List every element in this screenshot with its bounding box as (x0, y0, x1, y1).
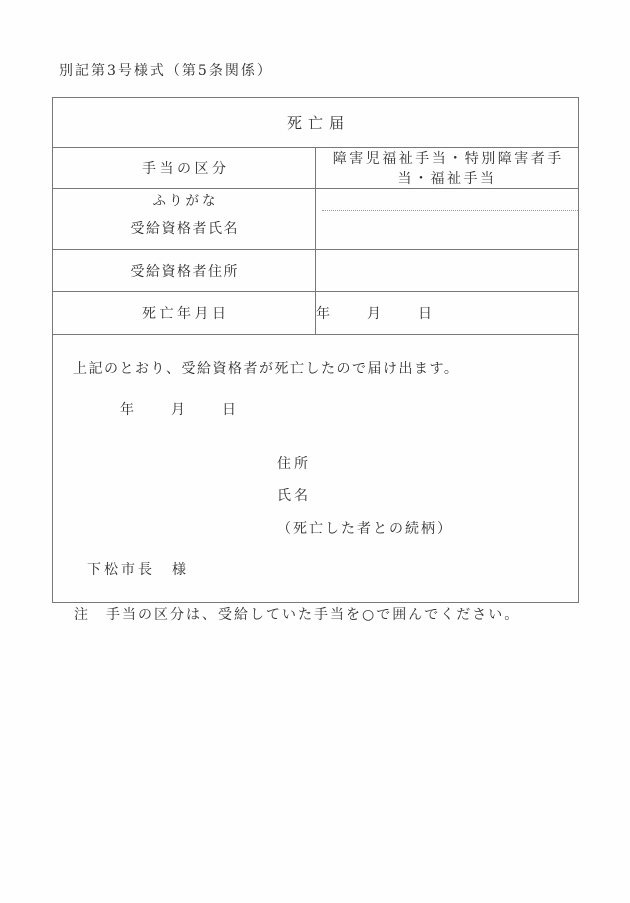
declaration-cell: 上記のとおり、受給資格者が死亡したので届け出ます。 年 月 日 住所 氏名 （死… (53, 335, 579, 603)
form-title-row: 死亡届 (53, 98, 579, 148)
allowance-options: 障害児福祉手当・特別障害者手当・福祉手当 (316, 148, 579, 189)
recipient-name-label-cell: ふりがな 受給資格者氏名 (53, 189, 316, 250)
furigana-blank-field (322, 189, 578, 211)
recipient-name-row: ふりがな 受給資格者氏名 (53, 189, 579, 250)
recipient-name-field-cell (316, 189, 579, 250)
form-style-number: 別記第3号様式（第5条関係） (59, 60, 273, 80)
addressee-mayor-label: 下松市長 様 (87, 561, 189, 579)
recipient-address-blank-field (316, 250, 579, 292)
death-date-row: 死亡年月日 年 月 日 (53, 292, 579, 335)
allowance-row: 手当の区分 障害児福祉手当・特別障害者手当・福祉手当 (53, 148, 579, 189)
recipient-address-label: 受給資格者住所 (53, 250, 316, 292)
declarant-relationship-label: （死亡した者との続柄） (277, 520, 453, 538)
declarant-name-label: 氏名 (277, 487, 311, 505)
allowance-category-label: 手当の区分 (53, 148, 316, 189)
recipient-address-row: 受給資格者住所 (53, 250, 579, 292)
recipient-name-label: 受給資格者氏名 (53, 211, 315, 249)
death-date-blank-field: 年 月 日 (316, 292, 579, 335)
recipient-name-blank-field (316, 211, 578, 249)
declaration-statement: 上記のとおり、受給資格者が死亡したので届け出ます。 (73, 360, 459, 378)
furigana-label: ふりがな (53, 189, 315, 211)
document-page: 別記第3号様式（第5条関係） 死亡届 手当の区分 障害児福祉手当・特別障害者手当… (0, 0, 630, 903)
death-date-label: 死亡年月日 (53, 292, 316, 335)
declaration-date-blank-field: 年 月 日 (120, 401, 239, 419)
declaration-row: 上記のとおり、受給資格者が死亡したので届け出ます。 年 月 日 住所 氏名 （死… (53, 335, 579, 603)
declarant-address-label: 住所 (277, 455, 311, 473)
footnote: 注 手当の区分は、受給していた手当を○で囲んでください。 (74, 604, 520, 624)
form-title: 死亡届 (53, 98, 579, 148)
death-notification-table: 死亡届 手当の区分 障害児福祉手当・特別障害者手当・福祉手当 ふりがな 受給資格… (52, 97, 579, 603)
